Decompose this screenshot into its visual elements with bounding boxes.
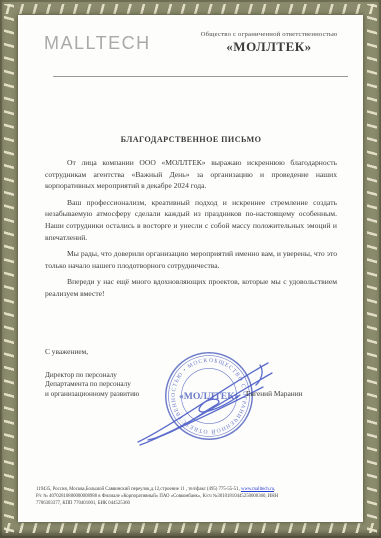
closing-line: С уважением, — [45, 347, 88, 356]
signer-title-line-2: Департамента по персоналу — [45, 380, 139, 389]
org-name-text: «МОЛЛТЕК» — [193, 39, 345, 55]
org-type-text: Общество с ограниченной ответственностью — [193, 31, 345, 38]
frame-ribbon-right — [367, 4, 377, 534]
frame-ribbon-top — [4, 4, 377, 14]
website-link[interactable]: www.malltech.ru — [241, 487, 274, 492]
header-divider — [53, 76, 348, 77]
frame-ribbon-left — [4, 4, 14, 534]
org-block: Общество с ограниченной ответственностью… — [193, 31, 345, 55]
signer-title-line-1: Директор по персоналу — [45, 371, 139, 380]
signer-title-line-3: и организационному развитию — [45, 390, 139, 399]
signer-title-block: Директор по персоналу Департамента по пе… — [45, 371, 139, 399]
letter-body: БЛАГОДАРСТВЕННОЕ ПИСЬМО От лица компании… — [45, 135, 337, 305]
footer-address: 119435, Россия, Москва,Большой Саввински… — [36, 487, 241, 492]
paragraph-3: Мы рады, что доверили организацию меропр… — [45, 248, 337, 271]
paragraph-2: Ваш профессионализм, креативный подход и… — [45, 197, 337, 243]
handwritten-signature — [128, 345, 288, 460]
paragraph-1: От лица компании ООО «МОЛЛТЕК» выражаю и… — [45, 157, 337, 192]
footer-tax-details: 7706303377, КПП 770401001, БИК 044525360 — [36, 501, 130, 506]
letter-title: БЛАГОДАРСТВЕННОЕ ПИСЬМО — [45, 135, 337, 144]
signer-name: Евгений Маранин — [246, 389, 303, 398]
frame-ribbon-bottom — [4, 523, 377, 533]
company-logo: MALLTECH — [44, 33, 151, 54]
letter-page: MALLTECH Общество с ограниченной ответст… — [18, 15, 363, 522]
decorative-frame: MALLTECH Общество с ограниченной ответст… — [0, 0, 381, 538]
footer-bank-details: Р/с № 40702810800000008988 в Филиале «Ко… — [36, 494, 278, 499]
footer-requisites: 119435, Россия, Москва,Большой Саввински… — [36, 486, 351, 507]
paragraph-4: Впереди у нас ещё много вдохновляющих пр… — [45, 276, 337, 299]
letterhead: MALLTECH Общество с ограниченной ответст… — [18, 25, 363, 75]
footer-line1-tail: , — [274, 487, 275, 492]
